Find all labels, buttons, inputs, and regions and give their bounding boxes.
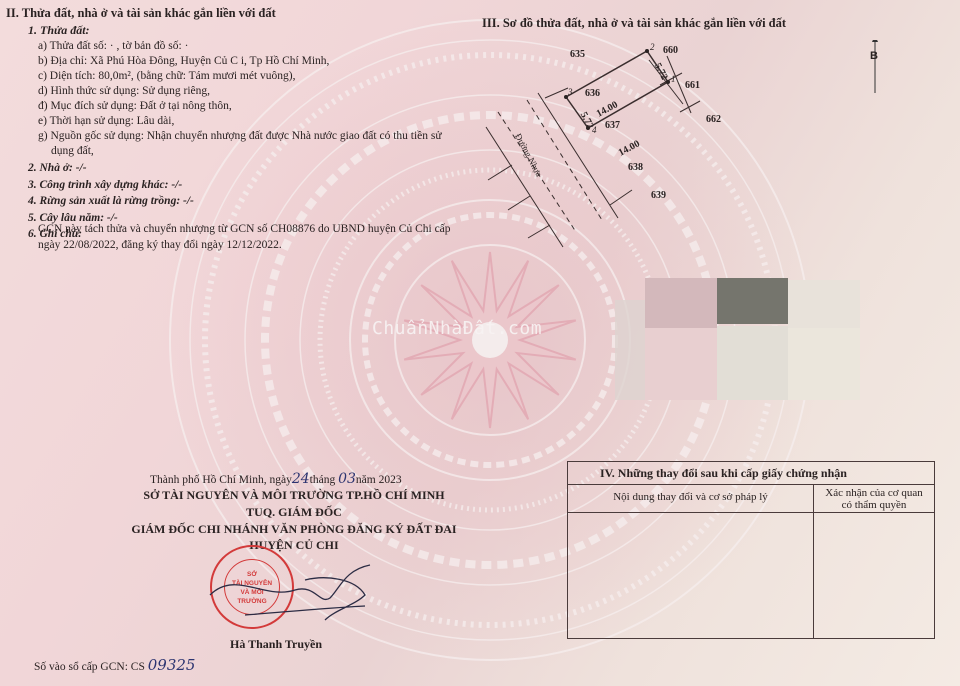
parcel-number: 660 xyxy=(663,45,678,56)
registry-number: Số vào sổ cấp GCN: CS 09325 xyxy=(34,656,195,674)
land-item: d) Hình thức sử dụng: Sử dụng riêng, xyxy=(38,85,210,97)
parcel-diagram xyxy=(470,40,900,260)
authority-confirmation-cell xyxy=(814,513,934,639)
vertex-label: 2 xyxy=(650,42,655,52)
org-name: SỞ TÀI NGUYÊN VÀ MÔI TRƯỜNG TP.HỒ CHÍ MI… xyxy=(134,488,454,503)
section-ii-title: II. Thửa đất, nhà ở và tài sản khác gắn … xyxy=(6,6,276,21)
col-header-authority-confirmation: Xác nhận của cơ quan có thẩm quyền xyxy=(814,485,934,512)
watermark: ChuẩnNhàĐất.com xyxy=(372,318,542,339)
redaction-block xyxy=(788,328,860,400)
role-line-2: GIÁM ĐỐC CHI NHÁNH VĂN PHÒNG ĐĂNG KÝ ĐẤT… xyxy=(114,522,474,537)
redaction-block xyxy=(645,328,717,400)
note-line: ngày 22/08/2022, đăng ký thay đổi ngày 1… xyxy=(38,239,282,251)
note-line: GCN này tách thửa và chuyển nhượng từ GC… xyxy=(38,223,451,235)
redaction-block xyxy=(645,278,717,328)
land-item: e) Thời hạn sử dụng: Lâu dài, xyxy=(38,115,174,127)
changes-table: IV. Những thay đổi sau khi cấp giấy chứn… xyxy=(567,461,935,639)
col-header-change-content: Nội dung thay đổi và cơ sở pháp lý xyxy=(568,485,814,512)
role-line-1: TUQ. GIÁM ĐỐC xyxy=(134,505,454,520)
registry-label: Số vào sổ cấp GCN: CS xyxy=(34,661,145,673)
handwritten-day: 24 xyxy=(292,471,310,487)
other-item: 4. Rừng sản xuất là rừng trồng: -/- xyxy=(28,195,194,207)
other-item: 3. Công trình xây dựng khác: -/- xyxy=(28,179,182,191)
parcel-number: 635 xyxy=(570,49,585,60)
redaction-block xyxy=(615,300,645,400)
land-heading: 1. Thửa đất: xyxy=(28,23,90,38)
change-content-cell xyxy=(568,513,814,639)
year-text: năm 2023 xyxy=(356,474,402,486)
month-word: tháng xyxy=(310,474,336,486)
parcel-number: 662 xyxy=(706,114,721,125)
land-item: đ) Mục đích sử dụng: Đất ở tại nông thôn… xyxy=(38,100,232,112)
signature-scribble xyxy=(205,560,375,630)
land-item: a) Thửa đất số: · , tờ bản đồ số: · xyxy=(38,40,188,52)
place-date-prefix: Thành phố Hồ Chí Minh, ngày xyxy=(150,474,292,486)
parcel-number: 638 xyxy=(628,162,643,173)
land-item: dụng đất, xyxy=(51,145,94,157)
redaction-block xyxy=(717,278,788,324)
parcel-number: 639 xyxy=(651,190,666,201)
other-item: 5. Cây lâu năm: -/- xyxy=(28,212,118,224)
section-iv-title: IV. Những thay đổi sau khi cấp giấy chứn… xyxy=(568,462,934,485)
col2-line1: Xác nhận của cơ quan xyxy=(814,487,934,499)
handwritten-month: 03 xyxy=(338,471,356,487)
redaction-block xyxy=(788,280,860,328)
signer-name: Hà Thanh Truyền xyxy=(230,637,322,652)
parcel-number: 637 xyxy=(605,120,620,131)
col2-line2: có thẩm quyền xyxy=(814,499,934,511)
north-label: B xyxy=(870,50,878,62)
vertex-label: 4 xyxy=(592,125,597,135)
vertex-label: 1 xyxy=(671,74,676,84)
parcel-number: 636 xyxy=(585,88,600,99)
parcel-number: 661 xyxy=(685,80,700,91)
other-item: 2. Nhà ở: -/- xyxy=(28,162,87,174)
land-item: g) Nguồn gốc sử dụng: Nhận chuyển nhượng… xyxy=(38,130,442,142)
place-date: Thành phố Hồ Chí Minh, ngày24tháng 03năm… xyxy=(150,471,402,487)
handwritten-registry-number: 09325 xyxy=(148,656,196,674)
land-item: b) Địa chỉ: Xã Phú Hòa Đông, Huyện Củ C … xyxy=(38,55,329,67)
land-item: c) Diện tích: 80,0m², (bằng chữ: Tám mươ… xyxy=(38,70,295,82)
role-line-3: HUYỆN CỦ CHI xyxy=(134,538,454,553)
redaction-block xyxy=(717,326,788,400)
section-iii-title: III. Sơ đồ thửa đất, nhà ở và tài sản kh… xyxy=(482,16,786,31)
vertex-label: 3 xyxy=(568,87,573,97)
